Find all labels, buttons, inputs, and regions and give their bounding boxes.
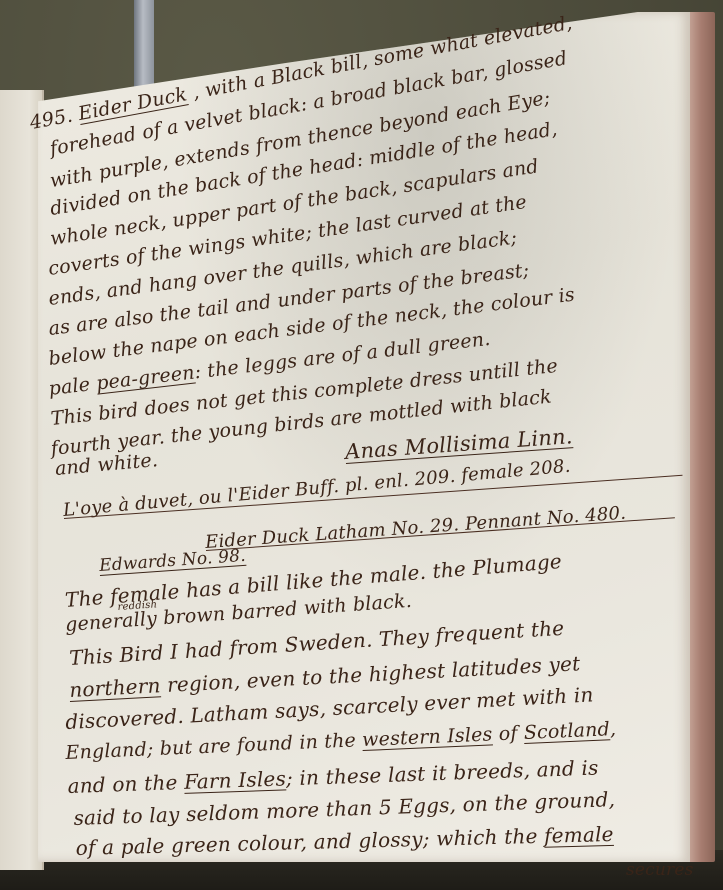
catchword: secures (626, 860, 694, 880)
underlined-term: Farn Isles (184, 766, 287, 794)
underlined-term: northern (69, 673, 161, 702)
underlined-term: western Isles (362, 723, 493, 751)
text-segment: pale (48, 373, 98, 400)
text-segment: ; in these last it breeds, and is (285, 755, 598, 790)
text-segment: , (609, 718, 616, 740)
manuscript-text: 495. Eider Duck , with a Black bill, som… (56, 0, 696, 890)
text-segment: of a pale green colour, and glossy; whic… (75, 824, 544, 860)
underlined-term: pea-green (95, 362, 196, 395)
text-segment: of (492, 722, 524, 745)
left-page-edge (0, 90, 44, 870)
underlined-term: Scotland (523, 718, 610, 744)
underlined-term: female (544, 822, 614, 848)
synonym-line: Edwards No. 98. (99, 546, 247, 576)
text-segment: and on the (67, 770, 184, 798)
text-segment: England; but are found in the (65, 729, 363, 764)
text-line: of a pale green colour, and glossy; whic… (75, 822, 614, 860)
